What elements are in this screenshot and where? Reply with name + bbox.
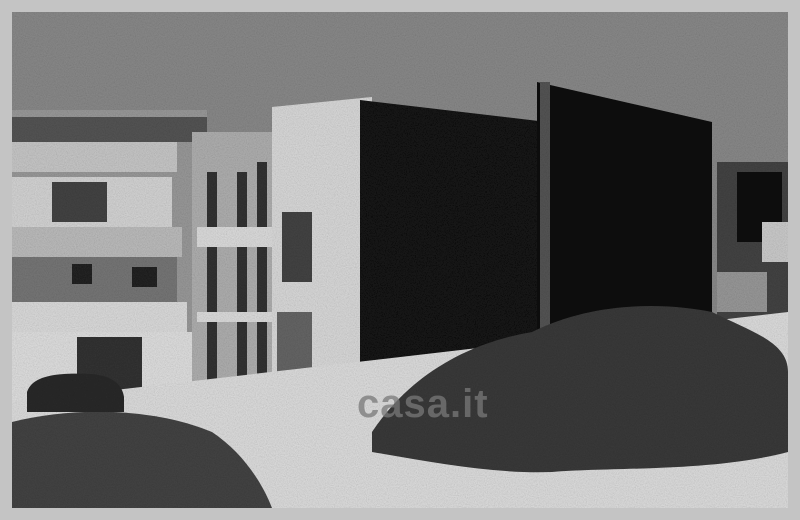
right-building bbox=[717, 162, 788, 322]
street-scene bbox=[12, 12, 788, 508]
parked-car bbox=[27, 374, 124, 412]
watermark-logo: casa.it bbox=[357, 382, 489, 427]
white-building bbox=[272, 97, 372, 407]
left-building bbox=[12, 110, 207, 412]
property-photo: casa.it bbox=[12, 12, 788, 508]
middle-building bbox=[192, 132, 282, 412]
